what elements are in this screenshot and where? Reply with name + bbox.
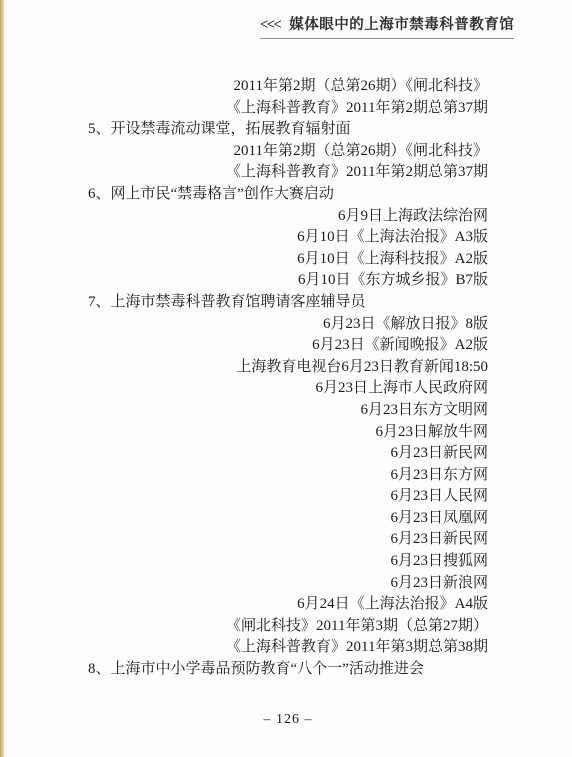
document-page: <<<媒体眼中的上海市禁毒科普教育馆 2011年第2期（总第26期）《闸北科技》… bbox=[0, 0, 572, 757]
text-line: 上海教育电视台6月23日教育新闻18:50 bbox=[88, 357, 488, 379]
text-line: 6月9日上海政法综治网 bbox=[88, 206, 488, 228]
text-line: 6月23日东方网 bbox=[88, 465, 488, 487]
text-line: 《上海科普教育》2011年第2期总第37期 bbox=[88, 98, 488, 120]
text-line: 6月23日新民网 bbox=[88, 443, 488, 465]
text-line: 6月23日《解放日报》8版 bbox=[88, 314, 488, 336]
text-line: 6月10日《上海法治报》A3版 bbox=[88, 227, 488, 249]
text-line: 《上海科普教育》2011年第3期总第38期 bbox=[88, 637, 488, 659]
text-line: 6月10日《东方城乡报》B7版 bbox=[88, 270, 488, 292]
text-line: 2011年第2期（总第26期）《闸北科技》 bbox=[88, 76, 488, 98]
content-lines: 2011年第2期（总第26期）《闸北科技》《上海科普教育》2011年第2期总第3… bbox=[88, 76, 488, 681]
text-line: 6、网上市民“禁毒格言”创作大赛启动 bbox=[88, 184, 488, 206]
page-number: – 126 – bbox=[88, 712, 488, 728]
text-line: 6月23日东方文明网 bbox=[88, 400, 488, 422]
text-line: 6月23日搜狐网 bbox=[88, 551, 488, 573]
text-line: 6月23日凤凰网 bbox=[88, 508, 488, 530]
text-line: 8、上海市中小学毒品预防教育“八个一”活动推进会 bbox=[88, 659, 488, 681]
text-line: 6月23日《新闻晚报》A2版 bbox=[88, 335, 488, 357]
text-line: 《上海科普教育》2011年第2期总第37期 bbox=[88, 162, 488, 184]
page-header: <<<媒体眼中的上海市禁毒科普教育馆 bbox=[260, 13, 514, 39]
text-line: 《闸北科技》2011年第3期（总第27期） bbox=[88, 616, 488, 638]
text-line: 6月23日上海市人民政府网 bbox=[88, 378, 488, 400]
text-line: 6月23日新浪网 bbox=[88, 573, 488, 595]
text-line: 6月23日解放牛网 bbox=[88, 422, 488, 444]
text-line: 6月23日新民网 bbox=[88, 529, 488, 551]
text-line: 6月23日人民网 bbox=[88, 486, 488, 508]
text-line: 6月10日《上海科技报》A2版 bbox=[88, 249, 488, 271]
text-line: 7、上海市禁毒科普教育馆聘请客座辅导员 bbox=[88, 292, 488, 314]
text-line: 5、开设禁毒流动课堂，拓展教育辐射面 bbox=[88, 119, 488, 141]
header-title: 媒体眼中的上海市禁毒科普教育馆 bbox=[289, 17, 514, 33]
text-line: 6月24日《上海法治报》A4版 bbox=[88, 594, 488, 616]
text-line: 2011年第2期（总第26期）《闸北科技》 bbox=[88, 141, 488, 163]
header-arrows-icon: <<< bbox=[260, 17, 280, 33]
page-edge-strip bbox=[0, 0, 4, 757]
